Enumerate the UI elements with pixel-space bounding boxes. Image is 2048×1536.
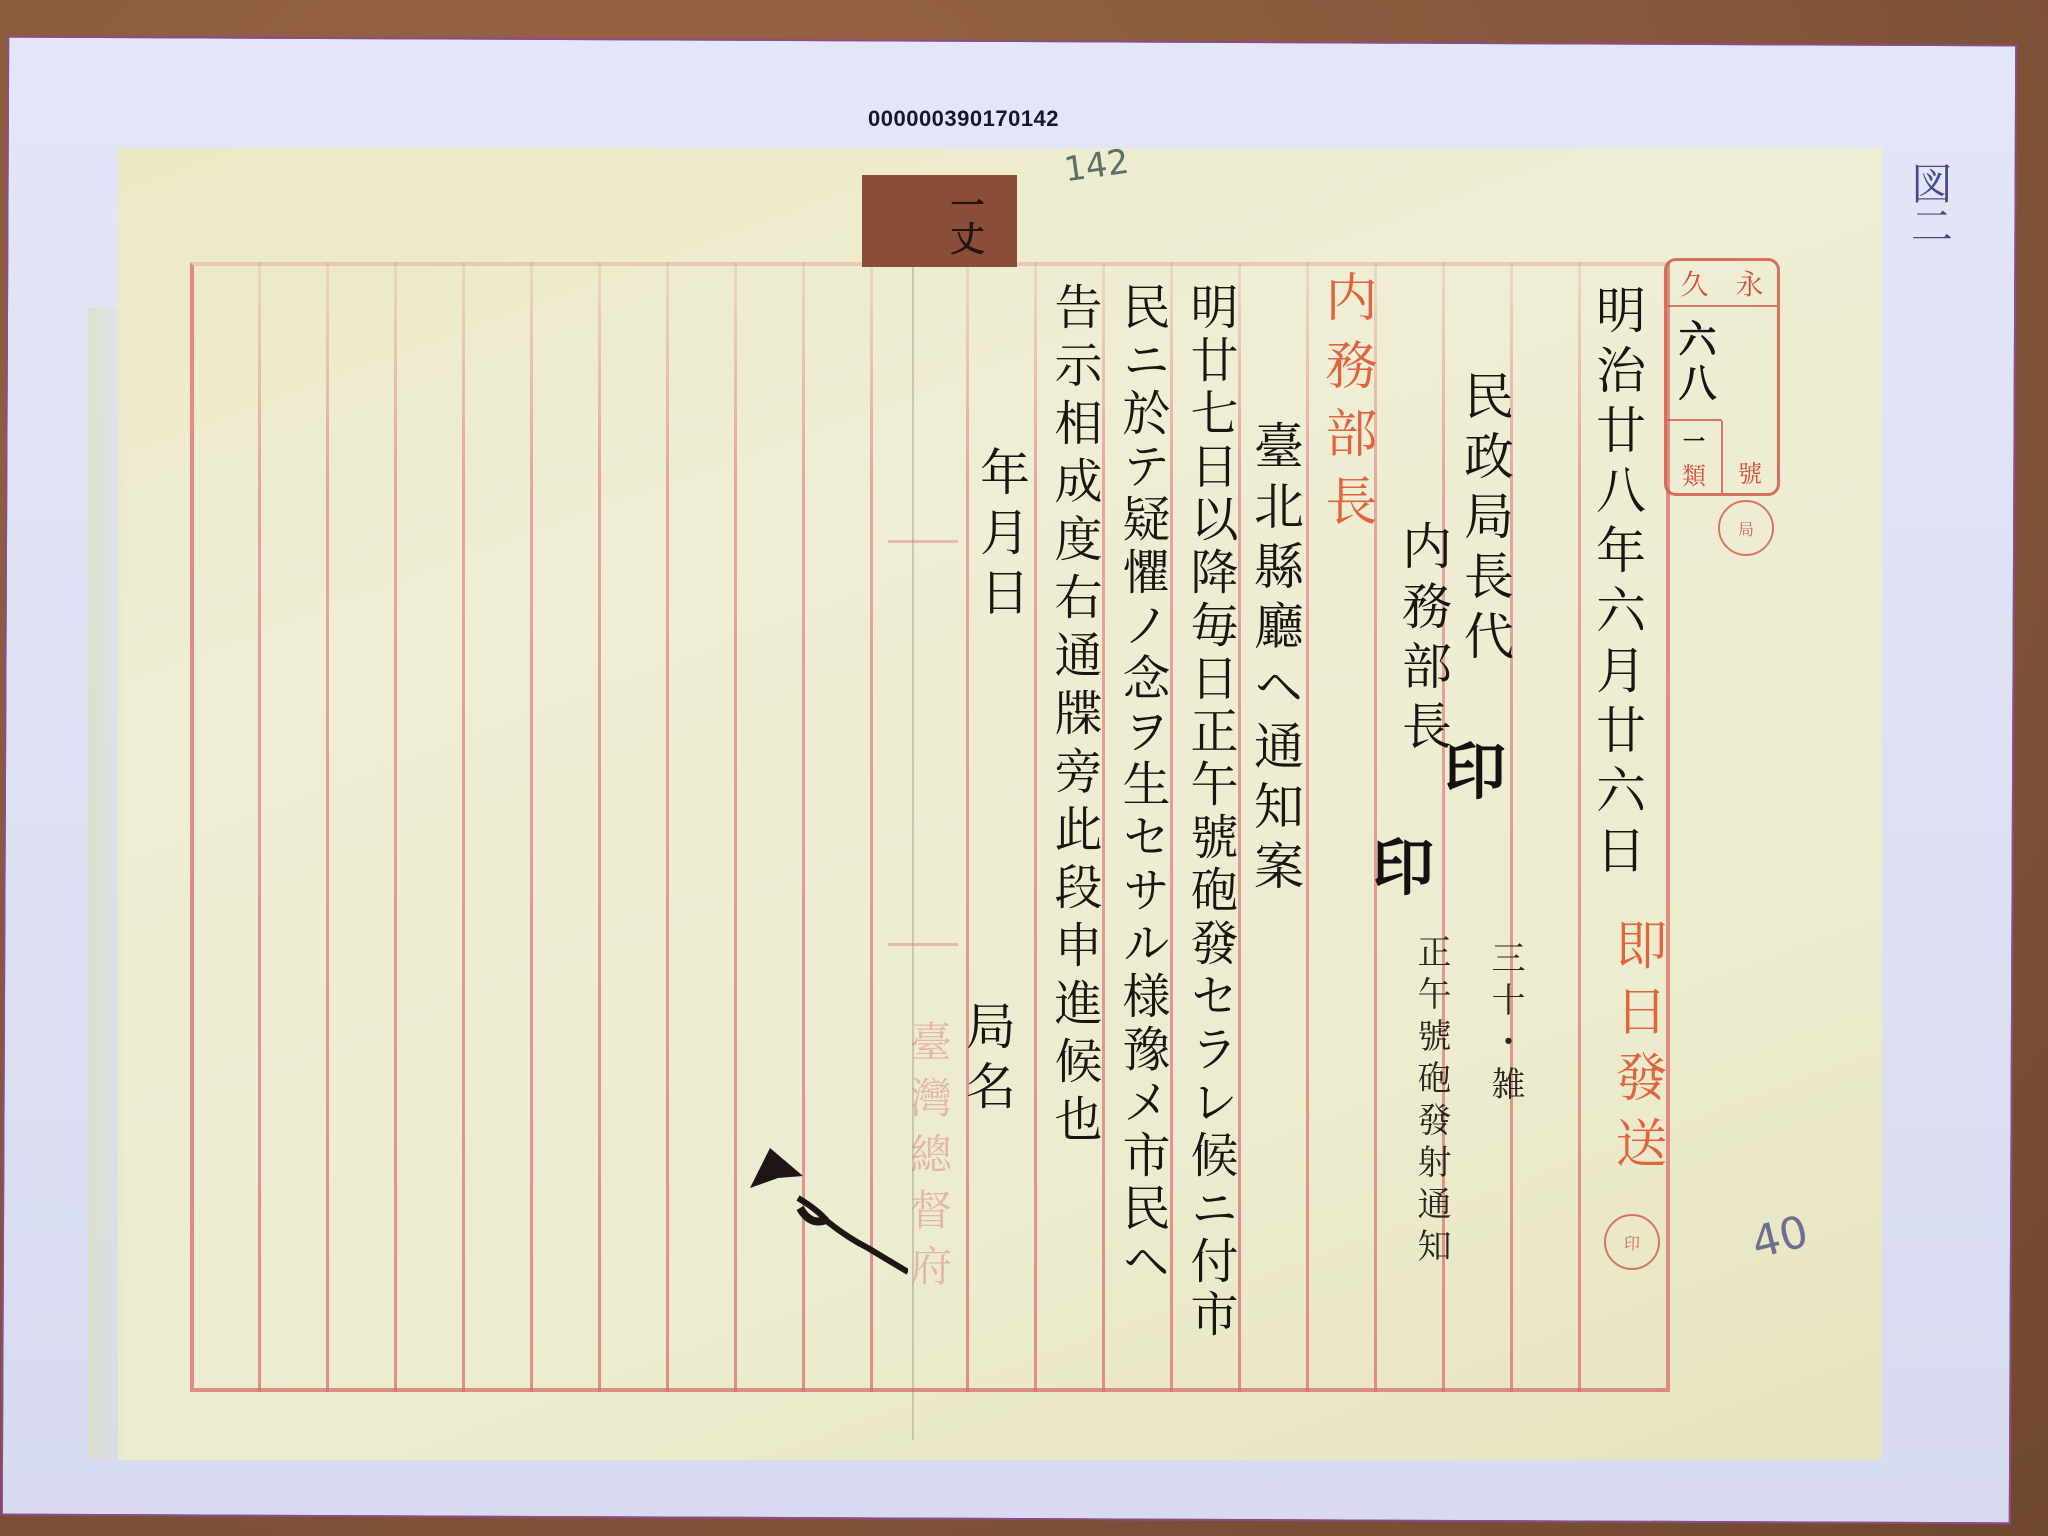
stamp-footer-right: 號: [1738, 454, 1762, 489]
body-column-2: 民ニ於テ疑懼ノ念ヲ生セサル様豫メ市民ヘ: [1118, 282, 1166, 1289]
stamp-footer-left-cell: 一 類: [1667, 421, 1723, 493]
rule-line: [734, 262, 737, 1392]
rule-line: [326, 262, 329, 1392]
body-column-3: 告示相成度右通牒旁此段申進候也: [1050, 282, 1098, 1152]
title-column: 臺北縣廳ヘ通知案: [1250, 420, 1300, 900]
sender-column: 局名: [962, 1000, 1012, 1120]
date-column: 明治廿八年六月廿六日: [1592, 284, 1642, 884]
red-annotation-right: 即日發送: [1610, 918, 1662, 1182]
stamp-sub-number: 一: [1683, 425, 1705, 456]
stamp-footer-right-cell: 號: [1723, 421, 1777, 493]
classification-note: 三十・雑: [1488, 940, 1522, 1108]
addressee-signature: 印: [1444, 722, 1506, 811]
stamp-header-right: 永: [1735, 263, 1763, 303]
tab-label-text: 一丈: [940, 187, 989, 255]
rule-line: [530, 262, 533, 1392]
subject-note: 正午號砲發射通知: [1414, 934, 1448, 1270]
date-placeholder-column: 年月日: [976, 446, 1026, 626]
stamp-header-left: 久: [1680, 263, 1708, 303]
rule-line: [462, 262, 465, 1392]
rule-line: [1238, 262, 1241, 1392]
stamp-footer-left: 類: [1682, 456, 1706, 491]
document-id: 000000390170142: [868, 106, 1059, 132]
department-column: 内務部長: [1398, 520, 1448, 760]
rule-line: [966, 262, 969, 1392]
ink-scribble-mark: [748, 1148, 908, 1288]
stamp-header: 久 永: [1667, 261, 1777, 307]
body-column-1: 明廿七日以降毎日正午號砲發セラレ候ニ付市: [1186, 282, 1234, 1342]
rule-line: [258, 262, 261, 1392]
stamp-footer: 一 類 號: [1667, 421, 1777, 493]
rule-line: [1102, 262, 1105, 1392]
archive-tab-label: 一丈: [862, 175, 1017, 267]
department-signature: 印: [1372, 818, 1434, 907]
stamp-number: 六八: [1667, 307, 1722, 421]
rule-line: [1306, 262, 1309, 1392]
rule-line: [666, 262, 669, 1392]
registry-stamp: 久 永 六八 一 類 號: [1664, 258, 1780, 496]
rule-line: [394, 262, 397, 1392]
spine-box: [888, 540, 958, 946]
rule-line: [1034, 262, 1037, 1392]
round-seal-icon: 局: [1718, 500, 1774, 556]
figure-label: 図二: [1908, 162, 1950, 246]
addressee-column: 民政局長代: [1460, 370, 1510, 670]
rule-line: [598, 262, 601, 1392]
rule-line: [1578, 262, 1581, 1392]
round-seal-icon: 印: [1604, 1214, 1660, 1270]
red-annotation-top: 内務部長: [1320, 270, 1372, 542]
rule-line: [1170, 262, 1173, 1392]
